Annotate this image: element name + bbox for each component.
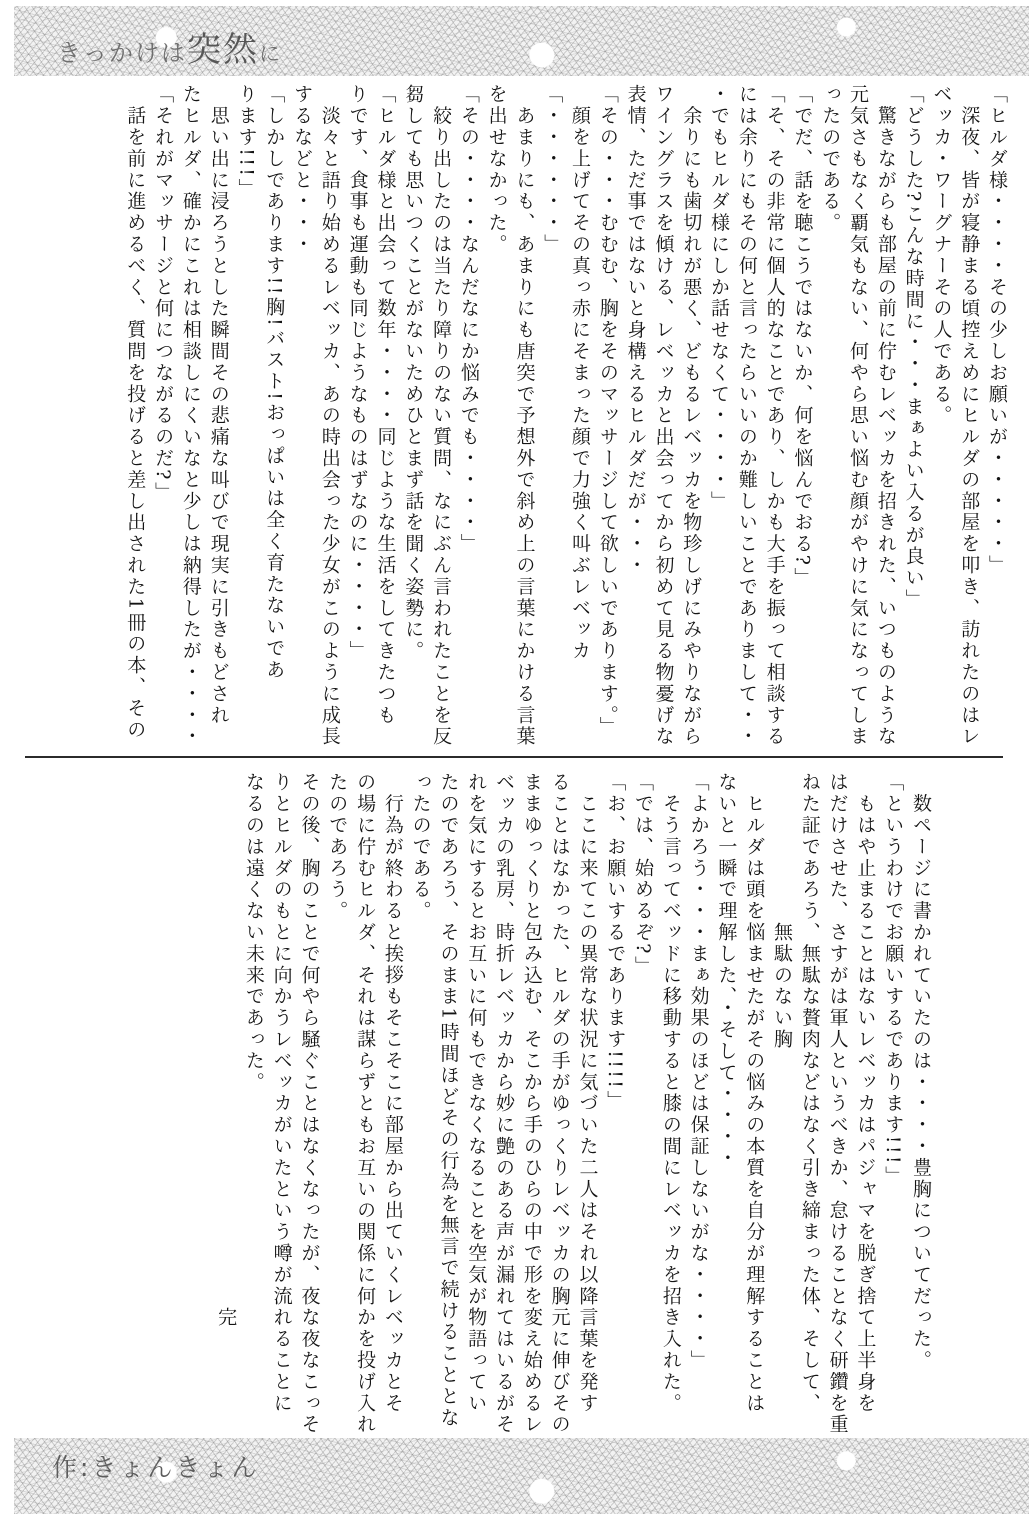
text-column: 「・・・・・・」	[537, 84, 565, 756]
text-column: 「しかしであります!!胸!バスト!おっぱいは全く育たないであ	[259, 84, 287, 756]
text-column: 話を前に進めるべく、質問を投げると差し出された1冊の本、その	[121, 84, 149, 756]
text-column: の場に佇むヒルダ、それは謀らずともお互いの関係に何かを投げ入れ	[350, 772, 378, 1448]
text-column: ったのである。	[406, 772, 434, 1448]
text-column: 思い出に浸ろうとした瞬間その悲痛な叫びで現実に引きもどされ	[204, 84, 232, 756]
text-column: 「でだ、話を聴こうではないか、何を悩んでおる?」	[788, 84, 816, 756]
text-column: ヒルダは頭を悩ませたがその悩みの本質を自分が理解することは	[739, 772, 767, 1448]
story-text-upper-block: 「ヒルダ様・・・・その少しお願いが・・・・・」 深夜、皆が寝静まる頃控えめにヒル…	[118, 84, 1010, 756]
text-column: れを気にするとお互いに何もできなくなることを空気が物語ってい	[461, 772, 489, 1448]
text-column: 芻しても思いつくことがないためひとまず話を聞く姿勢に。	[398, 84, 426, 756]
text-column: 元気さもなく覇気もない、何やら思い悩む顔がやけに気になってしま	[843, 84, 871, 756]
page-title: きっかけは突然に	[57, 22, 282, 71]
text-column: なるのは遠くない未来であった。	[239, 772, 267, 1448]
text-column: 数ページに書かれていたのは・・・・豊胸についてだった。	[906, 772, 934, 1448]
text-column: 「その・・・・なんだなにか悩みでも・・・・」	[454, 84, 482, 756]
text-column: 顔を上げてその真っ赤にそまった顔で力強く叫ぶレベッカ	[565, 84, 593, 756]
text-column: 驚きながらも部屋の前に佇むレベッカを招きれた、いつものような	[871, 84, 899, 756]
text-column: 「どうした?こんな時間に・・・まぁよい入るが良い」	[899, 84, 927, 756]
text-column: もはや止まることはないレベッカはパジャマを脱ぎ捨て上半身を	[851, 772, 879, 1448]
section-divider-line	[25, 756, 1003, 758]
text-column: そう言ってベッドに移動すると膝の間にレベッカを招き入れた。	[656, 772, 684, 1448]
text-column: その後、胸のことで何やら騒ぐことはなくなったが、夜な夜なこっそ	[295, 772, 323, 1448]
text-column: 「ヒルダ様と出会って数年・・・・同じような生活をしてきたつも	[371, 84, 399, 756]
text-column: ります!!!」	[232, 84, 260, 756]
text-column: りとヒルダのもとに向かうレベッカがいたという噂が流れることに	[267, 772, 295, 1448]
text-column: 「というわけでお願いするであります!!!」	[878, 772, 906, 1448]
text-column: りです、食事も運動も同じようなものはずなのに・・・・」	[343, 84, 371, 756]
text-column: 無駄のない胸	[767, 772, 795, 1448]
text-column: ベッカ・ワーグナーその人である。	[927, 84, 955, 756]
text-column: 表情、ただ事ではないと身構えるヒルダだが・・・	[621, 84, 649, 756]
text-column: たヒルダ、確かにこれは相談しにくいなと少しは納得したが・・・・	[176, 84, 204, 756]
text-column: たのであろう。	[322, 772, 350, 1448]
text-column: 深夜、皆が寝静まる頃控えめにヒルダの部屋を叩き、訪れたのはレ	[954, 84, 982, 756]
text-column: 余りにも歯切れが悪く、どもるレベッカを物珍しげにみやりながら	[676, 84, 704, 756]
text-column: 淡々と語り始めるレベッカ、あの時出会った少女がこのように成長	[315, 84, 343, 756]
text-column: 「それがマッサージと何につながるのだ?」	[148, 84, 176, 756]
text-column: ったのである。	[815, 84, 843, 756]
text-column: には余りにもその何と言ったらいいのか難しいことでありまして・・	[732, 84, 760, 756]
page-title-tail: に	[259, 42, 282, 66]
text-column: はだけさせた、さすがは軍人というべきか、怠けることなく研鑽を重	[823, 772, 851, 1448]
text-column: 「ヒルダ様・・・・その少しお願いが・・・・・」	[982, 84, 1010, 756]
text-column: 絞り出したのは当たり障りのない質問、なにぶん言われたことを反	[426, 84, 454, 756]
text-column: ・でもヒルダ様にしか話せなくて・・・・」	[704, 84, 732, 756]
text-column: あまりにも、あまりにも唐突で予想外で斜め上の言葉にかける言葉	[510, 84, 538, 756]
text-column: 「よかろう・・・まぁ効果のほどは保証しないがな・・・・」	[684, 772, 712, 1448]
text-column: ベッカの乳房、時折レベッカから妙に艶のある声が漏れてはいるがそ	[489, 772, 517, 1448]
page-title-lead: きっかけは	[57, 39, 187, 67]
text-column: するなどと・・・	[287, 84, 315, 756]
text-column: ここに来てこの異常な状況に気づいた二人はそれ以降言葉を発す	[573, 772, 601, 1448]
text-column: ないと一瞬で理解した、・そして・・・・	[712, 772, 740, 1448]
page-title-emphasis: 突然	[187, 30, 259, 70]
text-column: 「その・・・むむむ、胸をそのマッサージして欲しいであります。」	[593, 84, 621, 756]
text-column: ることはなかった、ヒルダの手がゆっくりレベッカの胸元に伸びその	[545, 772, 573, 1448]
text-column: 完	[211, 772, 239, 1448]
text-column: 行為が終わると挨拶もそこそこに部屋から出ていくレベッカとそ	[378, 772, 406, 1448]
text-column: 「では、始めるぞ?」	[628, 772, 656, 1448]
story-text-lower-block: 数ページに書かれていたのは・・・・豊胸についてだった。「というわけでお願いするで…	[208, 772, 934, 1448]
text-column: たのであろう、そのまま1時間ほどその行為を無言で続けることとな	[434, 772, 462, 1448]
text-column: 「お、お願いするであります!!!!」	[600, 772, 628, 1448]
text-column: を出せなかった。	[482, 84, 510, 756]
doujinshi-text-page: きっかけは突然に 「ヒルダ様・・・・その少しお願いが・・・・・」 深夜、皆が寝静…	[0, 0, 1029, 1514]
text-column: ままゆっくりと包み込む、そこから手のひらの中で形を変え始めるレ	[517, 772, 545, 1448]
text-column: ねた証であろう、無駄な贅肉などはなく引き締まった体、そして、	[795, 772, 823, 1448]
text-column: ワイングラスを傾ける、レベッカと出会ってから初めて見る物憂げな	[649, 84, 677, 756]
author-credit: 作:きょんきょん	[52, 1448, 259, 1484]
text-column: 「そ、その非常に個人的なことであり、しかも大手を振って相談する	[760, 84, 788, 756]
